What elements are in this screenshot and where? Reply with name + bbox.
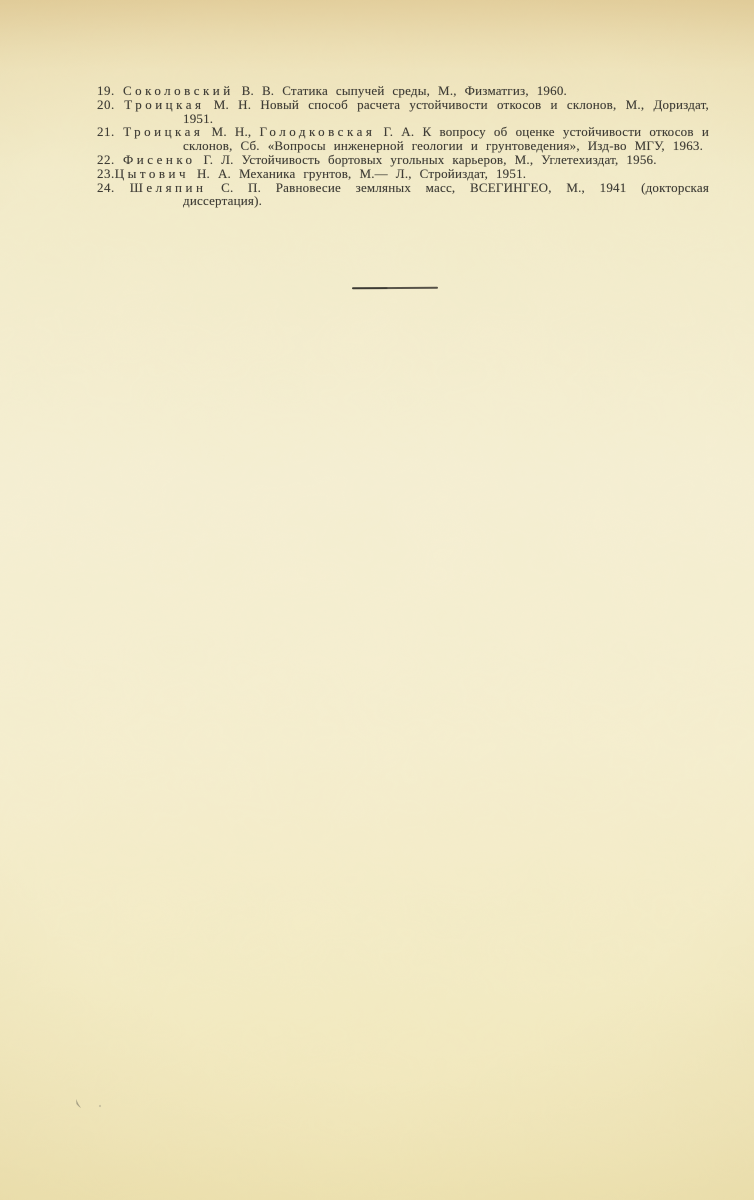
reference-list: 19. Соколовский В. В. Статика сыпучей ср… [97,84,709,208]
reference-number: 20. [97,97,124,112]
reference-number: 22. [97,152,123,167]
reference-entry: 24. Шеляпин С. П. Равновесие земляных ма… [97,181,709,209]
scanned-book-page: 19. Соколовский В. В. Статика сыпучей ср… [0,0,754,1200]
reference-text: М. Н. Новый способ расчета устойчивости … [183,97,709,126]
reference-text: В. В. Статика сыпучей среды, М., Физматг… [234,83,567,98]
reference-entry: 21. Троицкая М. Н., Голодковская Г. А. К… [97,125,709,153]
scan-top-shading [0,0,754,70]
reference-author: Троицкая [124,97,204,112]
reference-number: 24. [97,180,130,195]
reference-entry: 20. Троицкая М. Н. Новый способ расчета … [97,98,709,126]
reference-author: Троицкая [123,124,203,139]
reference-author: Голодковская [260,124,376,139]
reference-author: Цытович [115,166,189,181]
reference-text: С. П. Равновесие земляных масс, ВСЕГИНГЕ… [183,180,709,209]
reference-author: Соколовский [123,83,234,98]
ink-speck-icon [70,1096,112,1114]
reference-entry: 22. Фисенко Г. Л. Устойчивость бортовых … [97,153,709,167]
section-divider-rule [352,287,438,290]
reference-number: 21. [97,124,123,139]
reference-number: 23. [97,166,115,181]
reference-text: Н. А. Механика грунтов, М.— Л., Стройизд… [189,166,526,181]
reference-author: Фисенко [123,152,196,167]
reference-text: Г. Л. Устойчивость бортовых угольных кар… [196,152,657,167]
reference-text: М. Н., [203,124,259,139]
reference-author: Шеляпин [130,180,207,195]
reference-number: 19. [97,83,123,98]
reference-entry: 19. Соколовский В. В. Статика сыпучей ср… [97,84,709,98]
reference-entry: 23.Цытович Н. А. Механика грунтов, М.— Л… [97,167,709,181]
